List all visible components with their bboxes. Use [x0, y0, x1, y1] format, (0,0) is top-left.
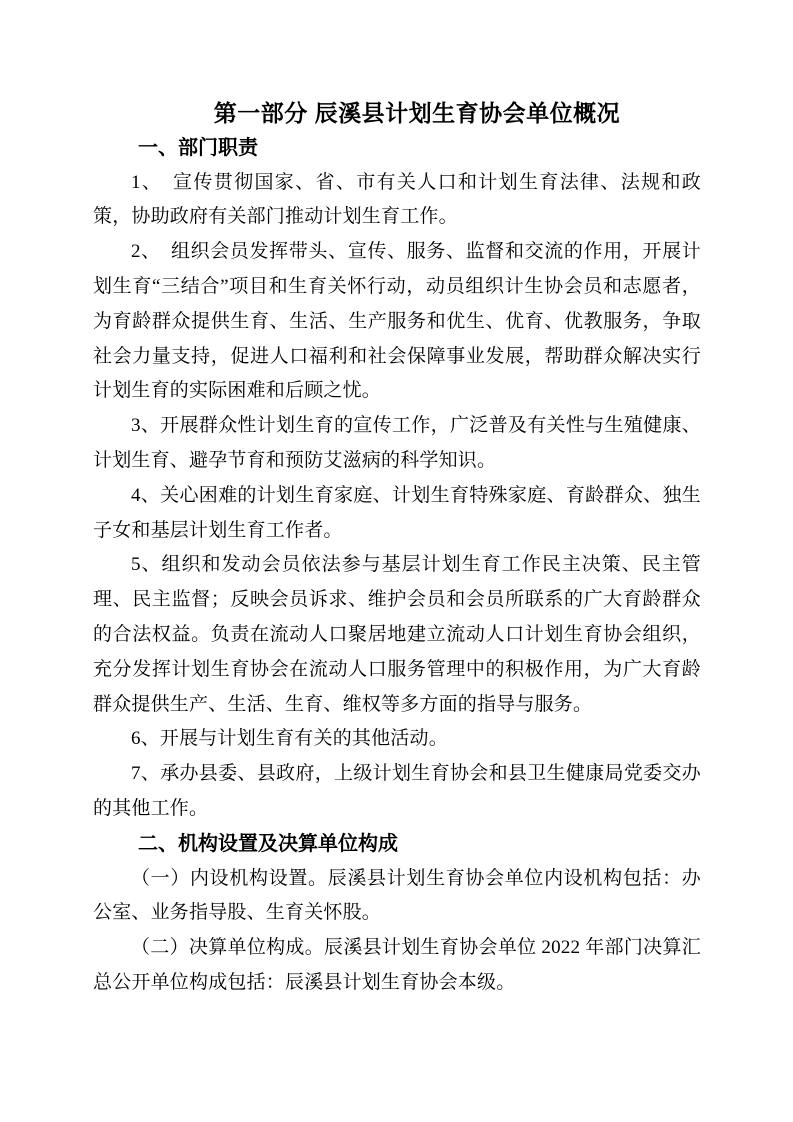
section-heading: 一、部门职责 [93, 131, 701, 166]
paragraph: 3、开展群众性计划生育的宣传工作，广泛普及有关性与生殖健康、计划生育、避孕节育和… [93, 409, 701, 479]
paragraph: 5、组织和发动会员依法参与基层计划生育工作民主决策、民主管理、民主监督；反映会员… [93, 548, 701, 722]
paragraph: 6、开展与计划生育有关的其他活动。 [93, 722, 701, 757]
document-page: 第一部分 辰溪县计划生育协会单位概况 一、部门职责1、 宣传贯彻国家、省、市有关… [0, 0, 793, 1122]
section-heading: 二、机构设置及决算单位构成 [93, 827, 701, 862]
paragraph: （二）决算单位构成。辰溪县计划生育协会单位 2022 年部门决算汇总公开单位构成… [93, 931, 701, 1001]
document-title: 第一部分 辰溪县计划生育协会单位概况 [93, 96, 701, 131]
paragraph: 4、关心困难的计划生育家庭、计划生育特殊家庭、育龄群众、独生子女和基层计划生育工… [93, 479, 701, 549]
paragraph: 2、 组织会员发挥带头、宣传、服务、监督和交流的作用，开展计划生育“三结合”项目… [93, 235, 701, 409]
paragraph: 1、 宣传贯彻国家、省、市有关人口和计划生育法律、法规和政策，协助政府有关部门推… [93, 166, 701, 236]
document-body: 一、部门职责1、 宣传贯彻国家、省、市有关人口和计划生育法律、法规和政策，协助政… [93, 131, 701, 1001]
paragraph: 7、承办县委、县政府，上级计划生育协会和县卫生健康局党委交办的其他工作。 [93, 757, 701, 827]
paragraph: （一）内设机构设置。辰溪县计划生育协会单位内设机构包括：办公室、业务指导股、生育… [93, 862, 701, 932]
